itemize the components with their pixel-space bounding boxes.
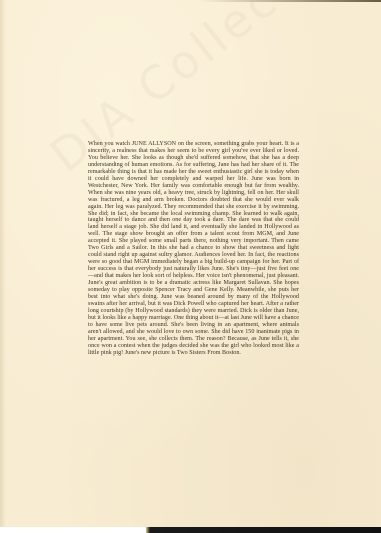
article-body-text: When you watch JUNE ALLYSON on the scree… <box>88 141 299 357</box>
magazine-page: DJA Collection When you watch JUNE ALLYS… <box>0 0 381 527</box>
scan-bottom-dark-edge <box>146 527 381 533</box>
page-left-shadow <box>0 0 6 527</box>
